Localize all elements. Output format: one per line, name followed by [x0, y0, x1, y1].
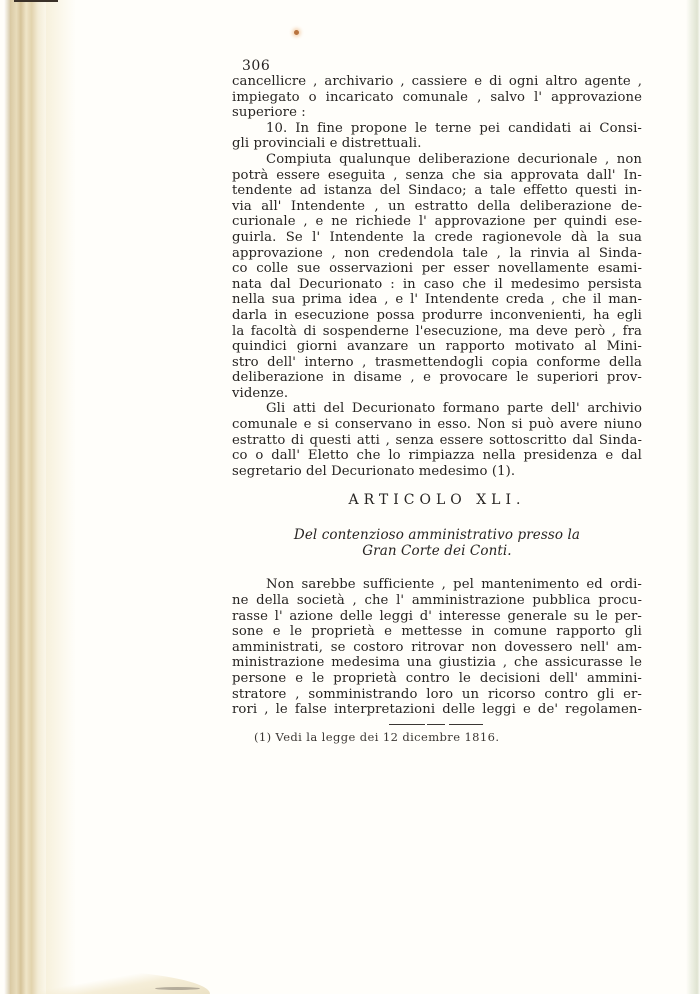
text-line: 10. In fine propone le terne pei candida…: [232, 121, 642, 137]
text-line: nata dal Decurionato : in caso che il me…: [232, 277, 642, 293]
text-line: rasse l' azione delle leggi d' interesse…: [232, 609, 642, 625]
right-page-edge: [686, 0, 700, 994]
paragraph-archive: Gli atti del Decurionato formano parte d…: [232, 401, 642, 479]
text-line: curionale , e ne richiede l' approvazion…: [232, 214, 642, 230]
text-line: cancellicre , archivario , cassiere e di…: [232, 74, 642, 90]
text-line: videnze.: [232, 386, 642, 402]
text-line: impiegato o incaricato comunale , salvo …: [232, 90, 642, 106]
text-line: segretario del Decurionato medesimo (1).: [232, 464, 642, 480]
page-corner-curl: [40, 968, 210, 994]
article-subtitle-line-1: Del contenzioso amministrativo presso la: [232, 527, 642, 543]
text-line: rori , le false interpretazioni delle le…: [232, 702, 642, 718]
text-line: gli provinciali e distrettuali.: [232, 136, 642, 152]
text-line: sone e le proprietà e mettesse in comune…: [232, 624, 642, 640]
text-line: tendente ad istanza del Sindaco; a tale …: [232, 183, 642, 199]
text-line: comunale e si conservano in esso. Non si…: [232, 417, 642, 433]
page-number: 306: [242, 58, 642, 74]
text-line: ne della società , che l' amministrazion…: [232, 593, 642, 609]
text-line: potrà essere eseguita , senza che sia ap…: [232, 168, 642, 184]
text-line: via all' Intendente , un estratto della …: [232, 199, 642, 215]
text-line: persone e le proprietà contro le decisio…: [232, 671, 642, 687]
text-line: darla in esecuzione possa produrre incon…: [232, 308, 642, 324]
text-line: ministrazione medesima una giustizia , c…: [232, 655, 642, 671]
footnote-separator-rule: [389, 724, 485, 726]
binding-shadow: [46, 0, 76, 994]
paragraph-continuation: cancellicre , archivario , cassiere e di…: [232, 74, 642, 121]
page-corner-shadow: [155, 987, 200, 990]
scanned-book-page: 306 cancellicre , archivario , cassiere …: [0, 0, 700, 994]
text-line: estratto di questi atti , senza essere s…: [232, 433, 642, 449]
footnote: (1) Vedi la legge dei 12 dicembre 1816.: [232, 730, 642, 744]
item-10: 10. In fine propone le terne pei candida…: [232, 121, 642, 152]
text-line: nella sua prima idea , e l' Intendente c…: [232, 292, 642, 308]
text-line: Non sarebbe sufficiente , pel mantenimen…: [232, 577, 642, 593]
text-line: guirla. Se l' Intendente la crede ragion…: [232, 230, 642, 246]
text-line: Compiuta qualunque deliberazione decurio…: [232, 152, 642, 168]
scan-border-mark: [14, 0, 58, 2]
text-line: superiore :: [232, 105, 642, 121]
article-subtitle-line-2: Gran Corte dei Conti.: [232, 543, 642, 559]
text-line: stratore , somministrando loro un ricors…: [232, 687, 642, 703]
text-line: approvazione , non credendola tale , la …: [232, 246, 642, 262]
text-line: la facoltà di sospenderne l'esecuzione, …: [232, 324, 642, 340]
binding-edge-pages: [10, 0, 46, 994]
text-line: stro dell' interno , trasmettendogli cop…: [232, 355, 642, 371]
text-line: co colle sue osservazioni per esser nove…: [232, 261, 642, 277]
article-heading: ARTICOLO XLI.: [232, 493, 642, 511]
spacer: [232, 559, 642, 577]
text-line: deliberazione in disame , e provocare le…: [232, 370, 642, 386]
text-line: quindici giorni avanzare un rapporto mot…: [232, 339, 642, 355]
ink-spot: [294, 30, 299, 35]
text-line: Gli atti del Decurionato formano parte d…: [232, 401, 642, 417]
text-block: 306 cancellicre , archivario , cassiere …: [232, 58, 642, 744]
text-line: co o dall' Eletto che lo rimpiazza nella…: [232, 448, 642, 464]
article-paragraph: Non sarebbe sufficiente , pel mantenimen…: [232, 577, 642, 717]
text-line: amministrati, se costoro ritrovar non do…: [232, 640, 642, 656]
paragraph-deliberation: Compiuta qualunque deliberazione decurio…: [232, 152, 642, 402]
